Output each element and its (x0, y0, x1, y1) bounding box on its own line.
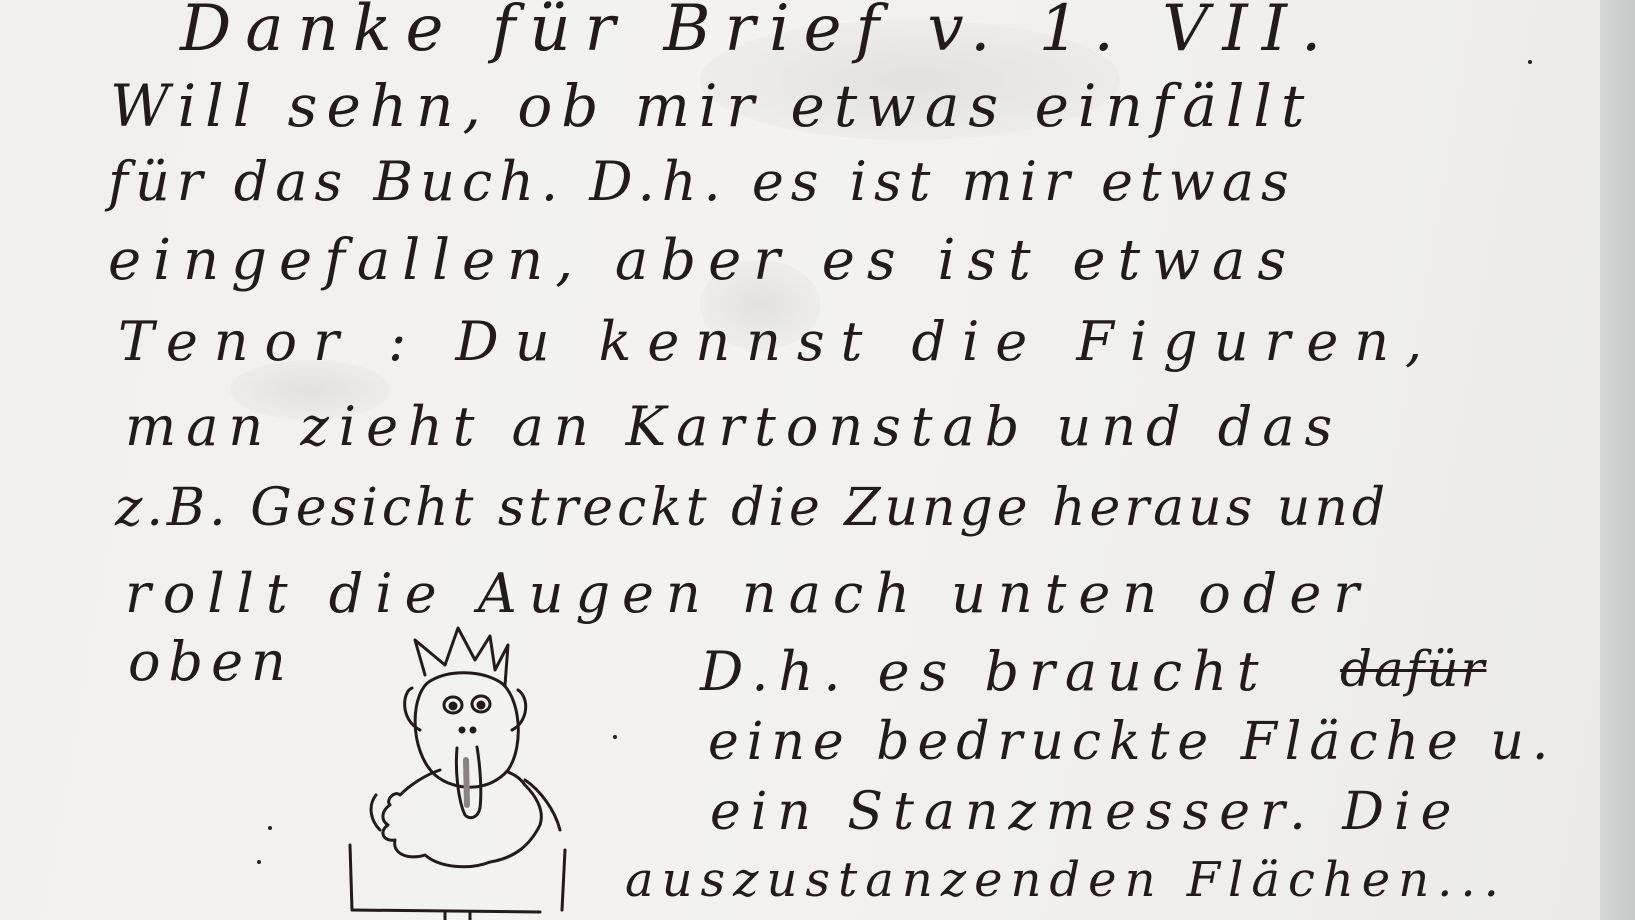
letter-line-6: man zieht an Kartonstab und das (125, 395, 1342, 458)
letter-line-3: für das Buch. D.h. es ist mir etwas (108, 150, 1296, 213)
crown-icon (415, 628, 508, 685)
letter-line-12: ein Stanzmesser. Die (710, 782, 1461, 842)
letter-line-13: auszustanzenden Flächen... (625, 852, 1507, 908)
letter-line-9: oben (128, 630, 294, 693)
letter-line-8: rollt die Augen nach unten oder (125, 562, 1371, 625)
letter-line-5: Tenor : Du kennst die Figuren, (118, 310, 1438, 373)
ink-dot (257, 860, 261, 864)
letter-line-2: Will sehn, ob mir etwas einfällt (110, 72, 1313, 140)
letter-line-10: D.h. es braucht (700, 640, 1269, 703)
letter-line-1: Danke für Brief v. 1. VII. (180, 0, 1335, 66)
letter-page: Danke für Brief v. 1. VII. Will sehn, ob… (0, 0, 1600, 920)
tongue-icon (456, 747, 480, 818)
letter-line-4: eingefallen, aber es ist etwas (108, 228, 1298, 293)
struck-word: dafür (1340, 640, 1486, 698)
ink-dot (1528, 60, 1532, 64)
letter-line-7: z.B. Gesicht streckt die Zunge heraus un… (115, 478, 1389, 538)
king-sketch-drawing (340, 620, 600, 920)
letter-line-11: eine bedruckte Fläche u. (708, 712, 1556, 772)
ink-dot (613, 735, 617, 739)
ink-dot (268, 826, 272, 830)
pedestal-icon (350, 845, 565, 920)
paper-edge-background (1600, 0, 1635, 920)
